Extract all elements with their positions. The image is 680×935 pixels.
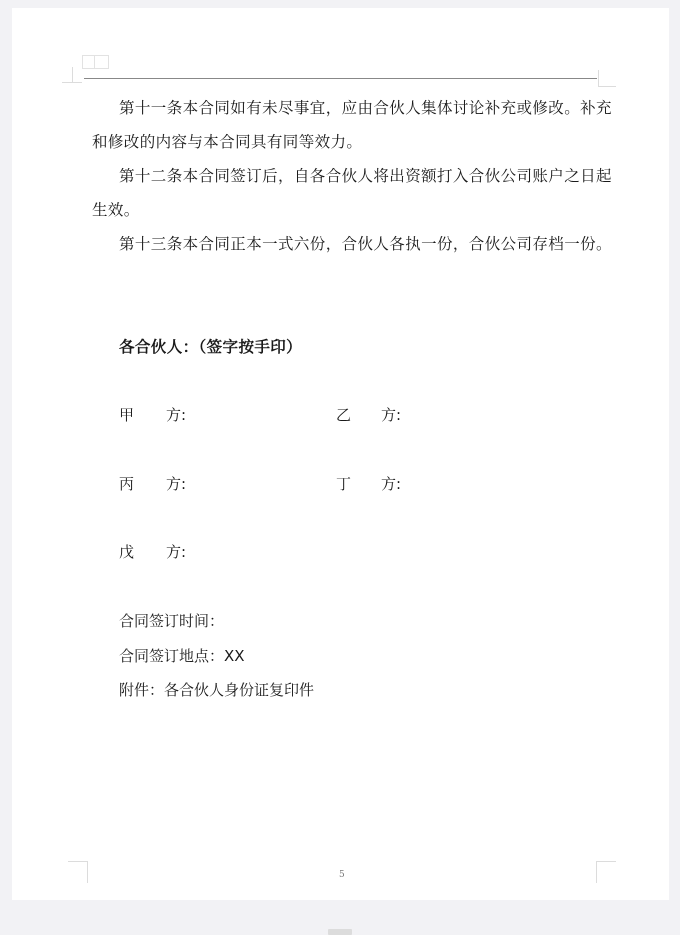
party-jia-suffix: 方:: [166, 404, 186, 425]
party-bing-name: 丙: [119, 473, 134, 494]
party-wu-name: 戊: [119, 541, 134, 562]
party-ding-suffix: 方:: [381, 473, 401, 494]
sign-place-label: 合同签订地点：XX: [119, 645, 245, 666]
crop-mark-bottom-right: [596, 861, 597, 883]
attachment-note: 附件：各合伙人身份证复印件: [119, 679, 314, 700]
party-yi-suffix: 方:: [381, 404, 401, 425]
party-bing-suffix: 方:: [166, 473, 186, 494]
clause-13-line-1: 第十三条本合同正本一式六份，合伙人各执一份，合伙公司存档一份。: [119, 232, 612, 254]
clause-11-line-2: 和修改的内容与本合同具有同等效力。: [92, 130, 362, 152]
party-yi-name: 乙: [336, 404, 351, 425]
crop-mark-bottom-left: [87, 861, 88, 883]
crop-mark-bottom-right-h: [596, 861, 616, 862]
crop-mark-top-right: [598, 70, 599, 86]
crop-mark-top-left: [72, 67, 73, 83]
header-rule: [84, 78, 597, 79]
crop-mark-bottom-left-h: [68, 861, 88, 862]
signature-heading: 各合伙人：（签字按手印）: [119, 335, 302, 357]
clause-12-line-2: 生效。: [92, 198, 140, 220]
clause-11-line-1: 第十一条本合同如有未尽事宜，应由合伙人集体讨论补充或修改。补充: [119, 96, 612, 118]
page-number: 5: [339, 870, 345, 880]
crop-mark-top-left-h: [62, 82, 82, 83]
party-ding-name: 丁: [336, 473, 351, 494]
scroll-indicator[interactable]: [328, 929, 352, 935]
crop-mark-top-right-h: [598, 86, 616, 87]
party-jia-name: 甲: [119, 404, 134, 425]
document-page: 第十一条本合同如有未尽事宜，应由合伙人集体讨论补充或修改。补充 和修改的内容与本…: [12, 8, 669, 900]
clause-12-line-1: 第十二条本合同签订后，自各合伙人将出资额打入合伙公司账户之日起: [119, 164, 612, 186]
sign-time-label: 合同签订时间：: [119, 610, 224, 631]
party-wu-suffix: 方:: [166, 541, 186, 562]
header-marker-icon: [82, 55, 109, 69]
